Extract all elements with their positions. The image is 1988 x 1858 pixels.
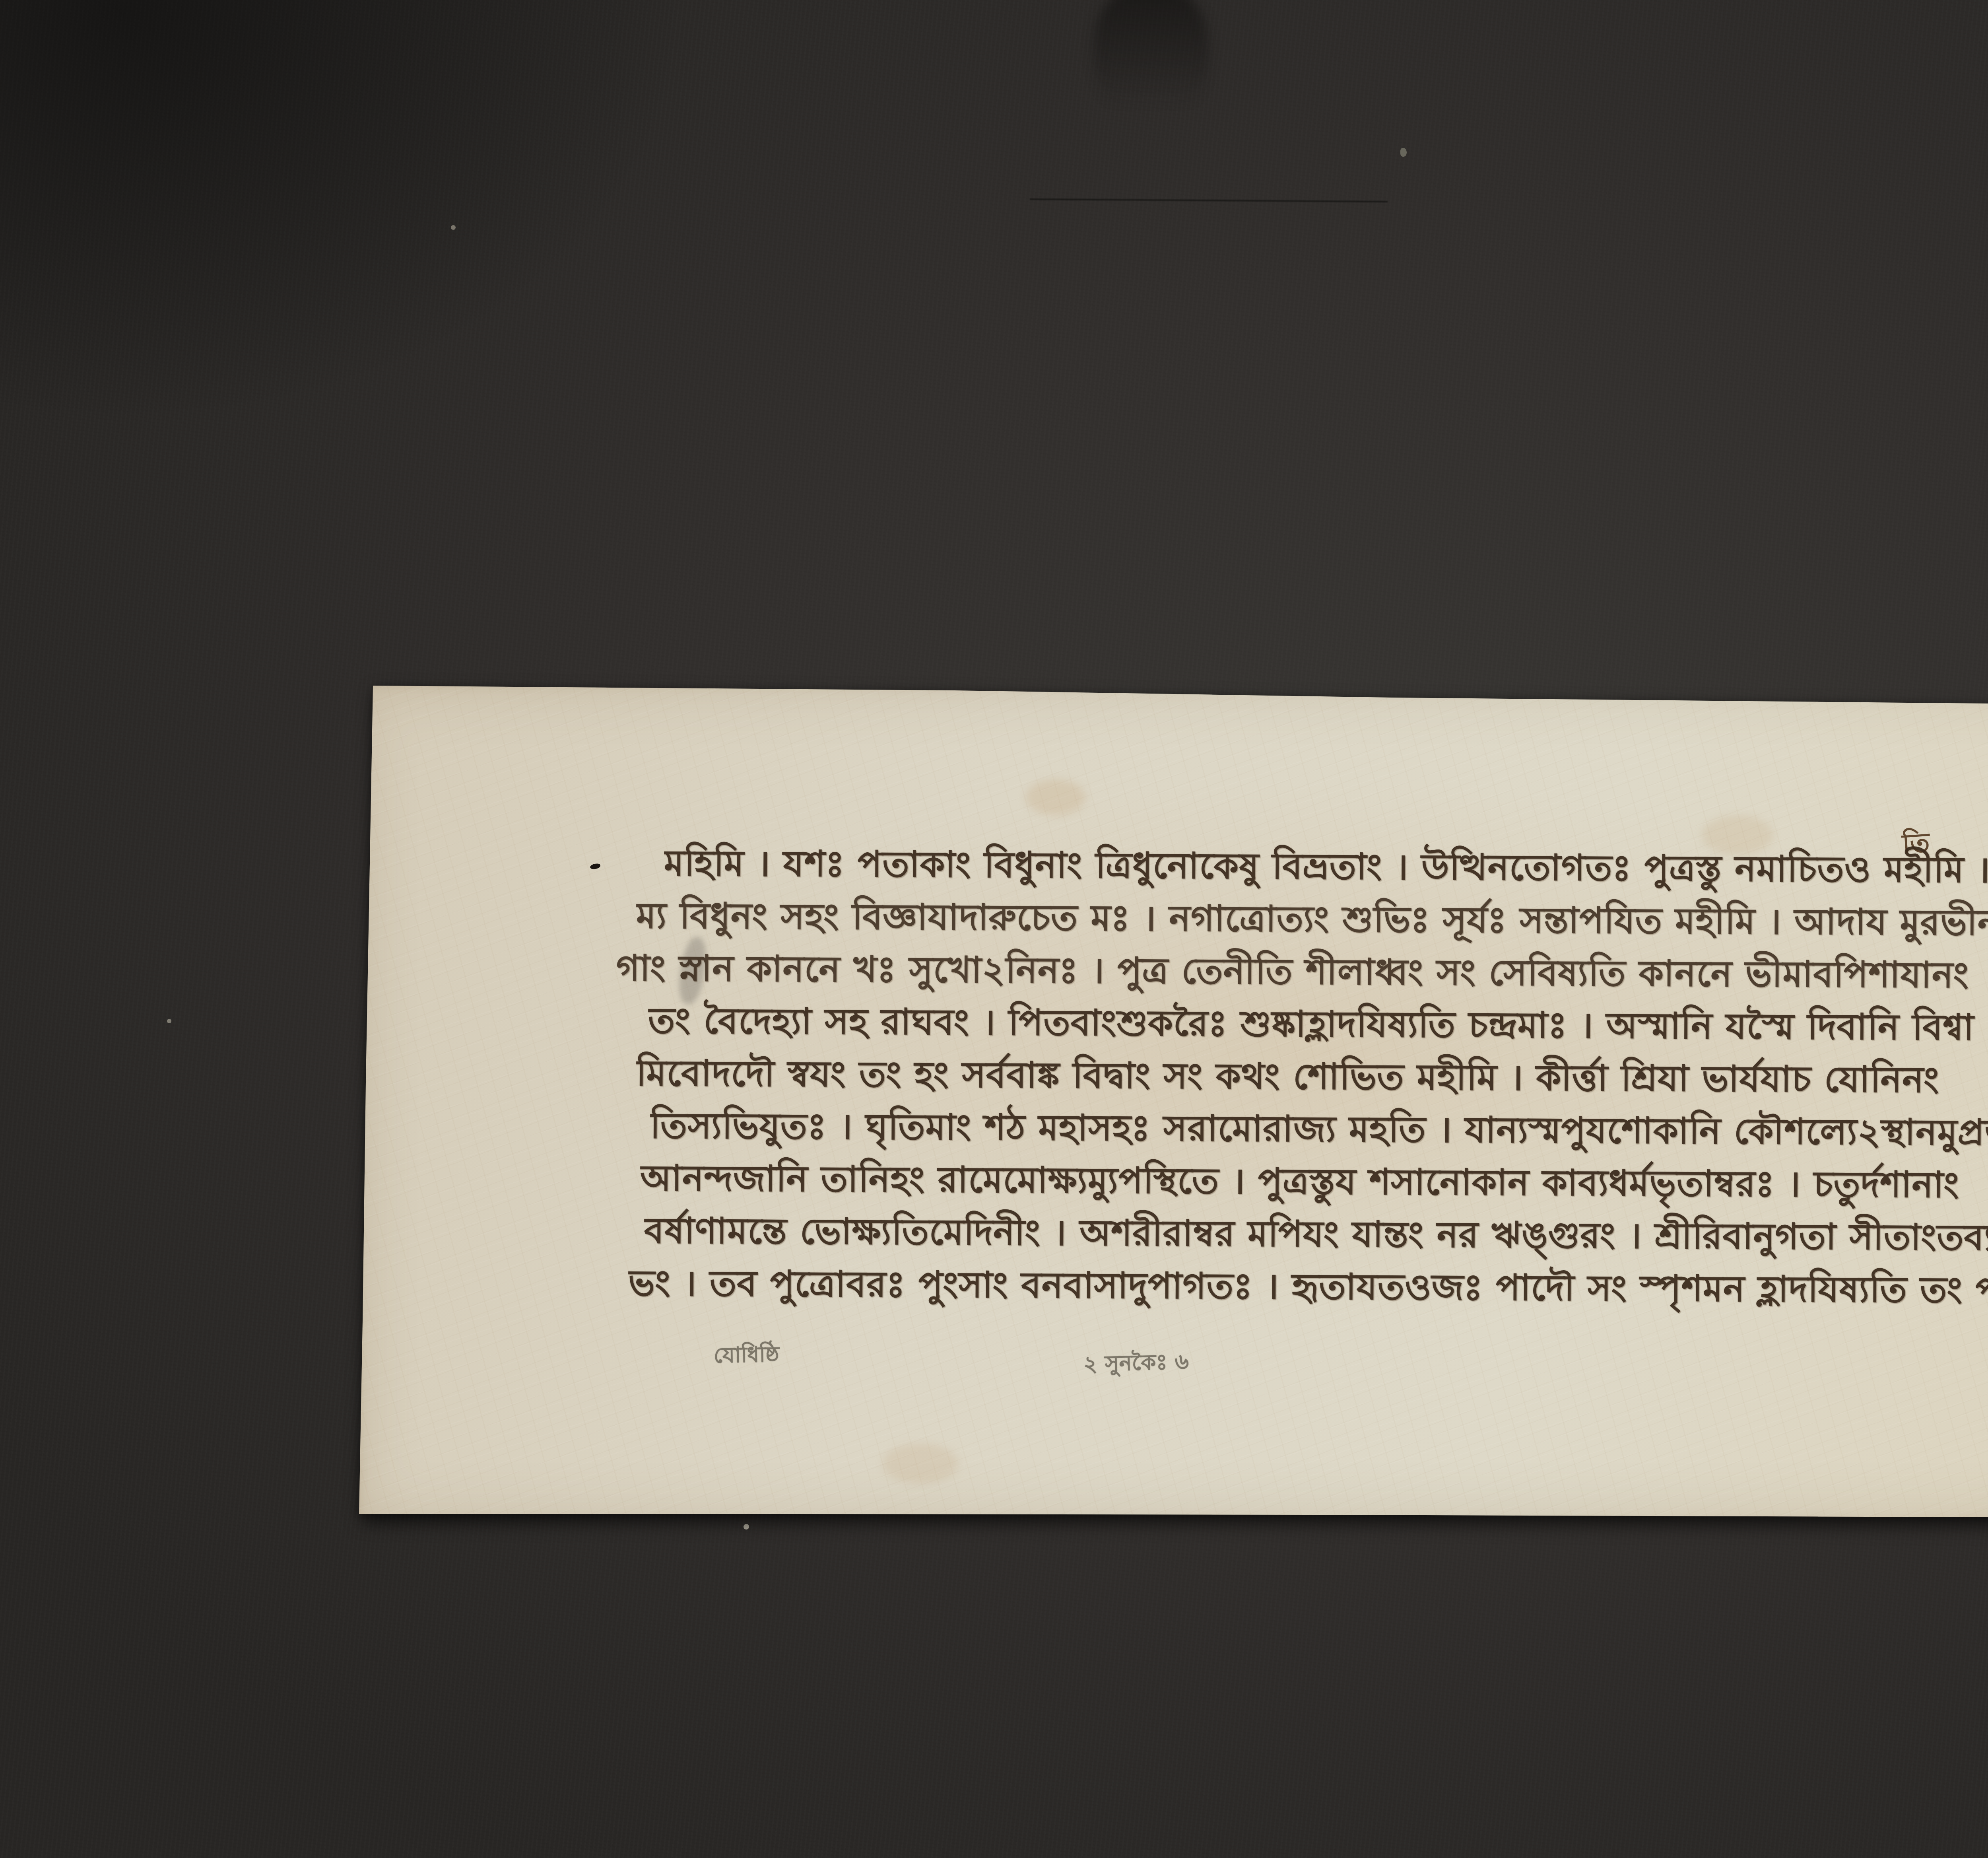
board-speck: [451, 225, 456, 230]
paper-shadow-wrapper: তি মহিমি । যশঃ পতাকাং বিধুনাং ত্রিধুনোকে…: [358, 684, 1988, 1523]
board-speck: [744, 1524, 749, 1530]
manuscript-line-4: তং বৈদেহ্যা সহ রাঘবং । পিতবাংশুকরৈঃ শুষ্…: [648, 997, 1988, 1058]
foxing-stain: [1026, 779, 1085, 815]
board-smudge: [1093, 0, 1209, 119]
board-scratch: [1030, 198, 1388, 202]
marginal-annotation-right: ২ সুনকৈঃ ৬: [1083, 1345, 1189, 1384]
manuscript-line-2: ম্য বিধুনং সহং বিজ্ঞাযাদারুচেত মঃ । নগাত…: [636, 892, 1988, 953]
manuscript-page: তি মহিমি । যশঃ পতাকাং বিধুনাং ত্রিধুনোকে…: [358, 684, 1988, 1523]
paper-hole-speck: [590, 863, 601, 869]
manuscript-line-7: আনন্দজানি তানিহং রামেমোক্ষ্যম্যুপস্থিতে …: [640, 1154, 1988, 1216]
marginal-annotation-left: যোধিষ্ঠি: [713, 1338, 780, 1375]
foxing-stain: [883, 1444, 958, 1483]
manuscript-line-3: গাং স্নান কাননে খঃ সুখো২নিনঃ । পুত্র তেন…: [616, 945, 1988, 1005]
photo-background: তি মহিমি । যশঃ পতাকাং বিধুনাং ত্রিধুনোকে…: [0, 0, 1988, 1858]
manuscript-line-5: মিবোদদৌ স্বযং তং হং সর্ববাঙ্ক বিদ্বাং সং…: [636, 1049, 1988, 1111]
manuscript-line-1: মহিমি । যশঃ পতাকাং বিধুনাং ত্রিধুনোকেষু …: [664, 840, 1988, 900]
board-pin-speck: [1400, 148, 1407, 157]
board-speck: [167, 1019, 171, 1023]
manuscript-line-8: বর্ষাণামন্তে ভোক্ষ্যতিমেদিনীং । অশরীরাম্…: [644, 1207, 1988, 1268]
manuscript-line-6: তিস্যভিযুতঃ । ঘৃতিমাং শঠ মহাসহঃ সরামোরাজ…: [650, 1102, 1988, 1163]
manuscript-line-9: ভং । তব পুত্রোবরঃ পুংসাং বনবাসাদুপাগতঃ ।…: [628, 1259, 1988, 1321]
board-corner-shadow: [0, 0, 736, 457]
